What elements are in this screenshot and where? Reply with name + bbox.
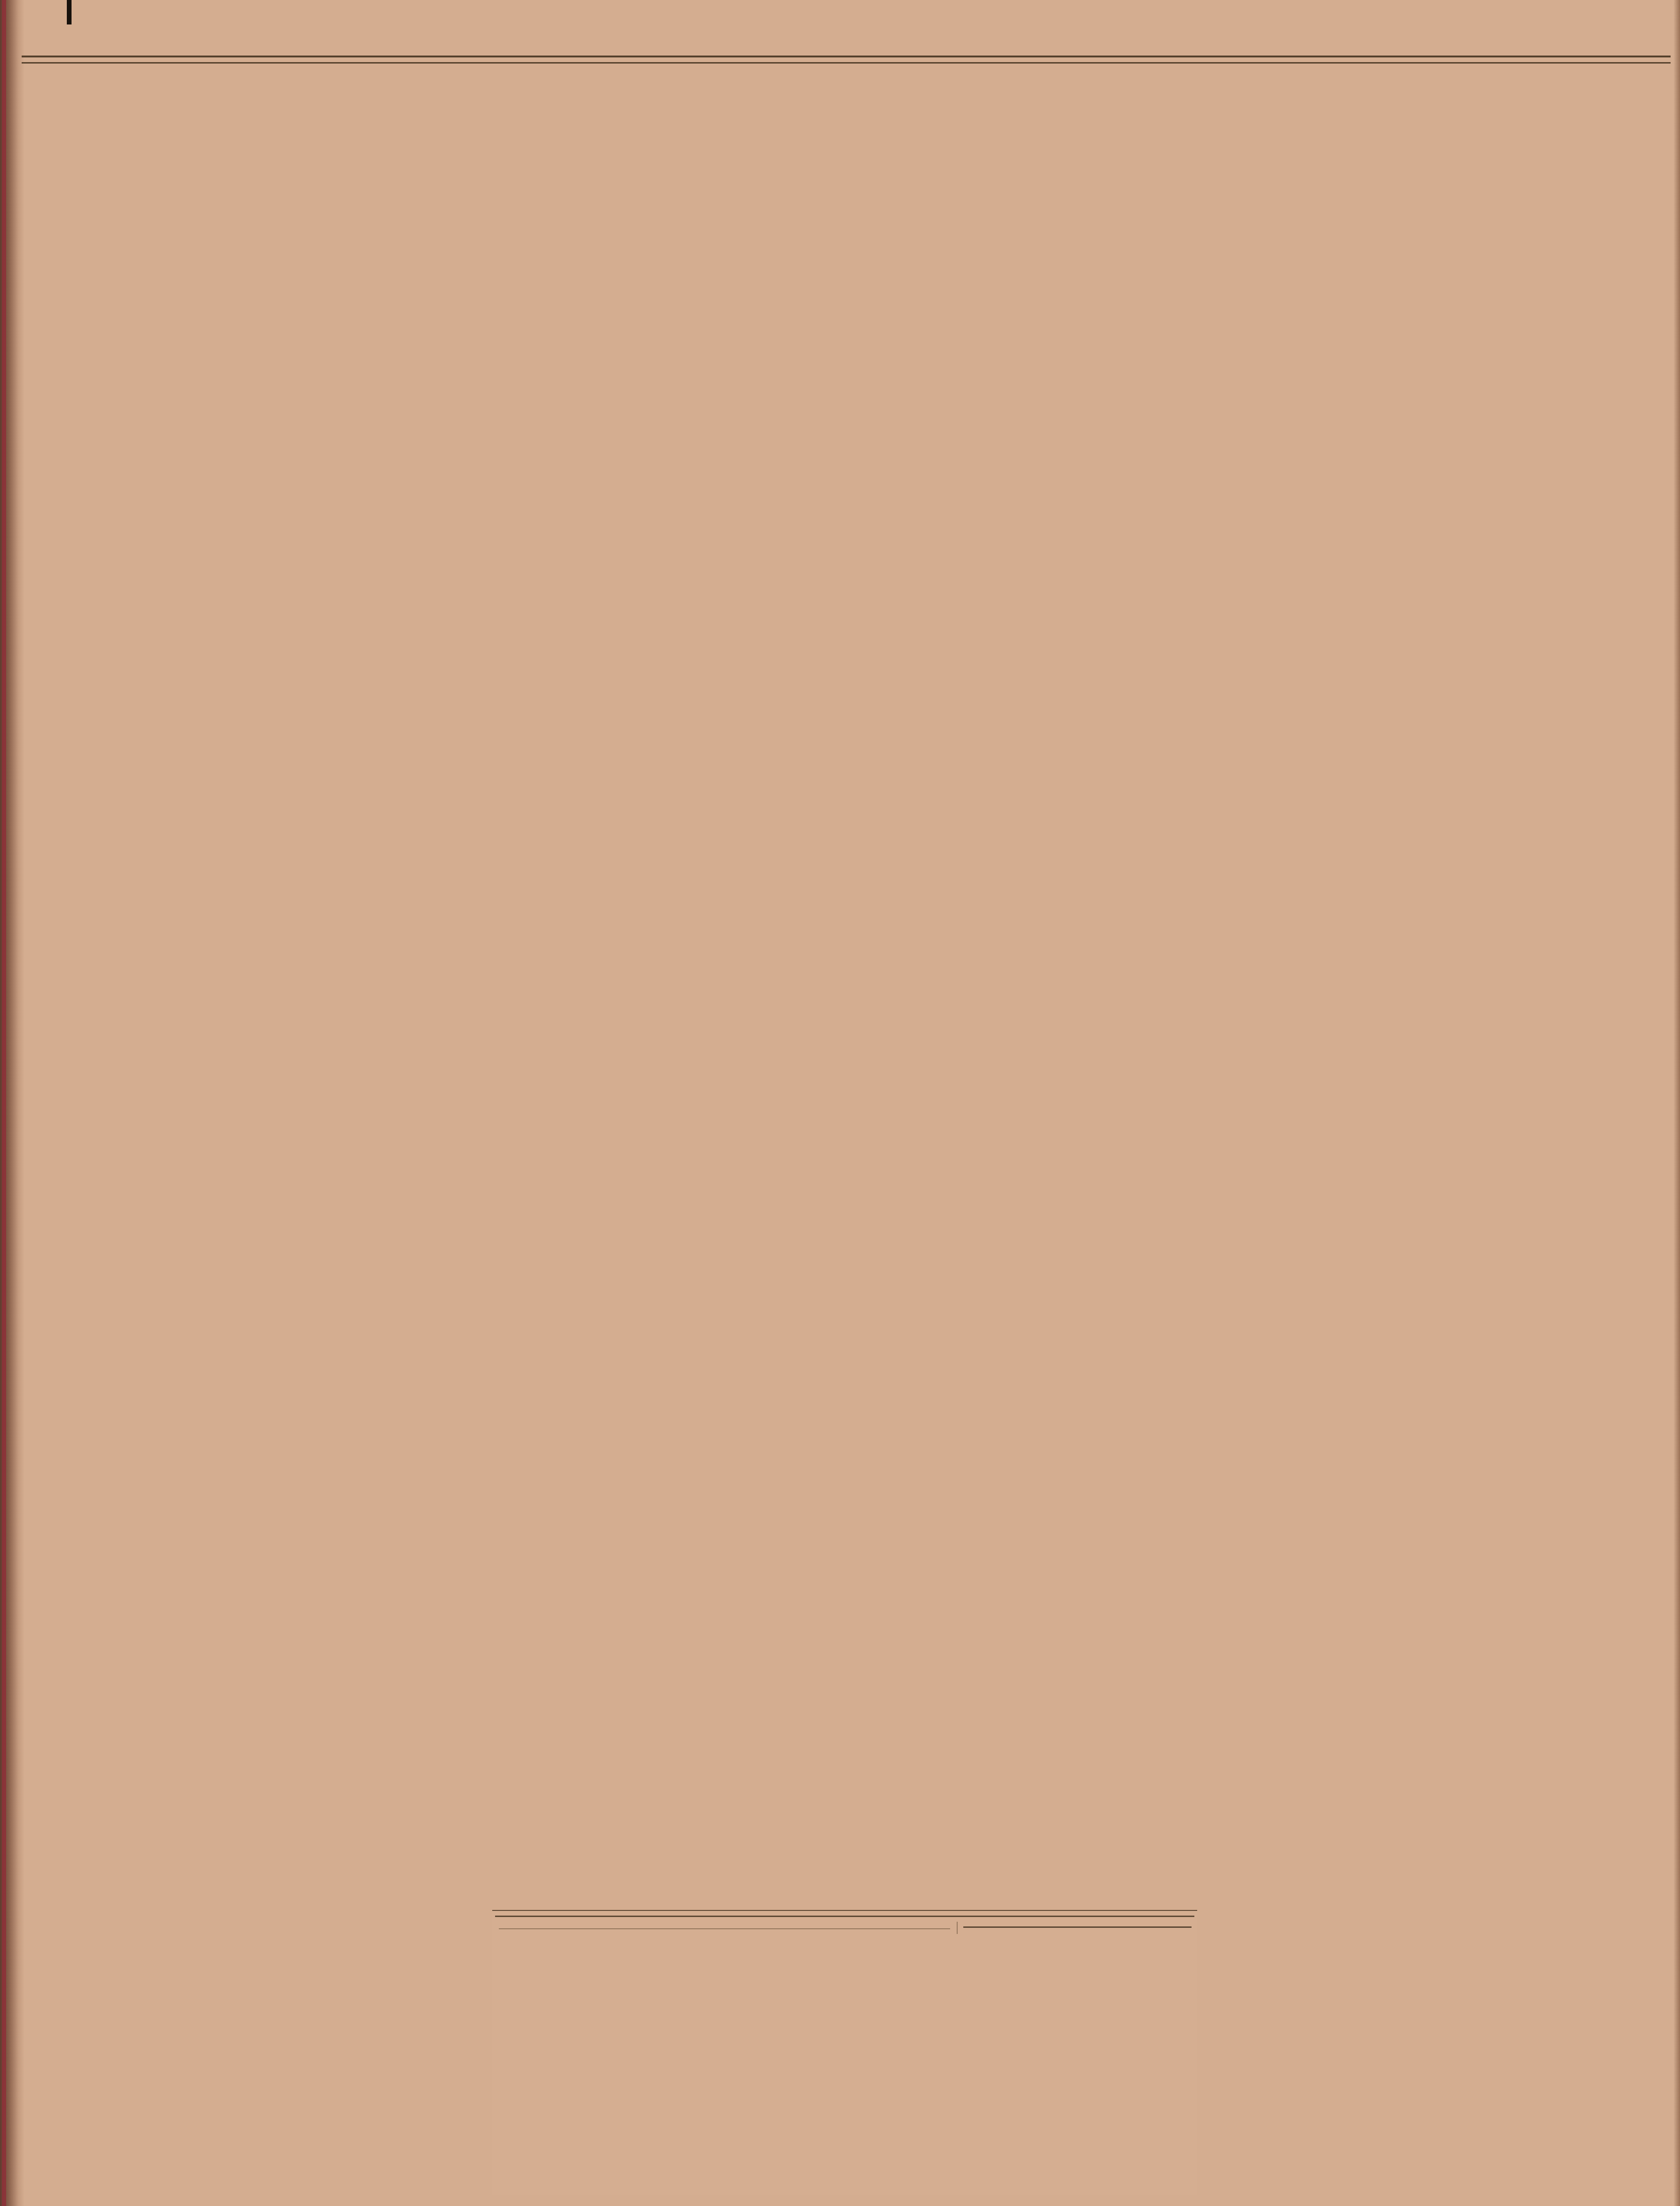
banner-rule	[495, 1916, 1194, 1917]
joe-anderson-ad	[963, 1926, 1192, 1932]
announcement-right	[958, 1922, 1197, 1934]
registration-mark	[67, 0, 72, 24]
announcement-left	[492, 1922, 958, 1934]
masthead-rule	[22, 56, 1671, 64]
binding-red-line	[2, 0, 6, 2206]
announcement-sub-row	[499, 1928, 950, 1934]
announcement-grid	[492, 1922, 1197, 1934]
columns	[23, 67, 1669, 2190]
junior-announcements-strip	[492, 1910, 1197, 2195]
page-edge-shadow	[1673, 0, 1680, 2206]
